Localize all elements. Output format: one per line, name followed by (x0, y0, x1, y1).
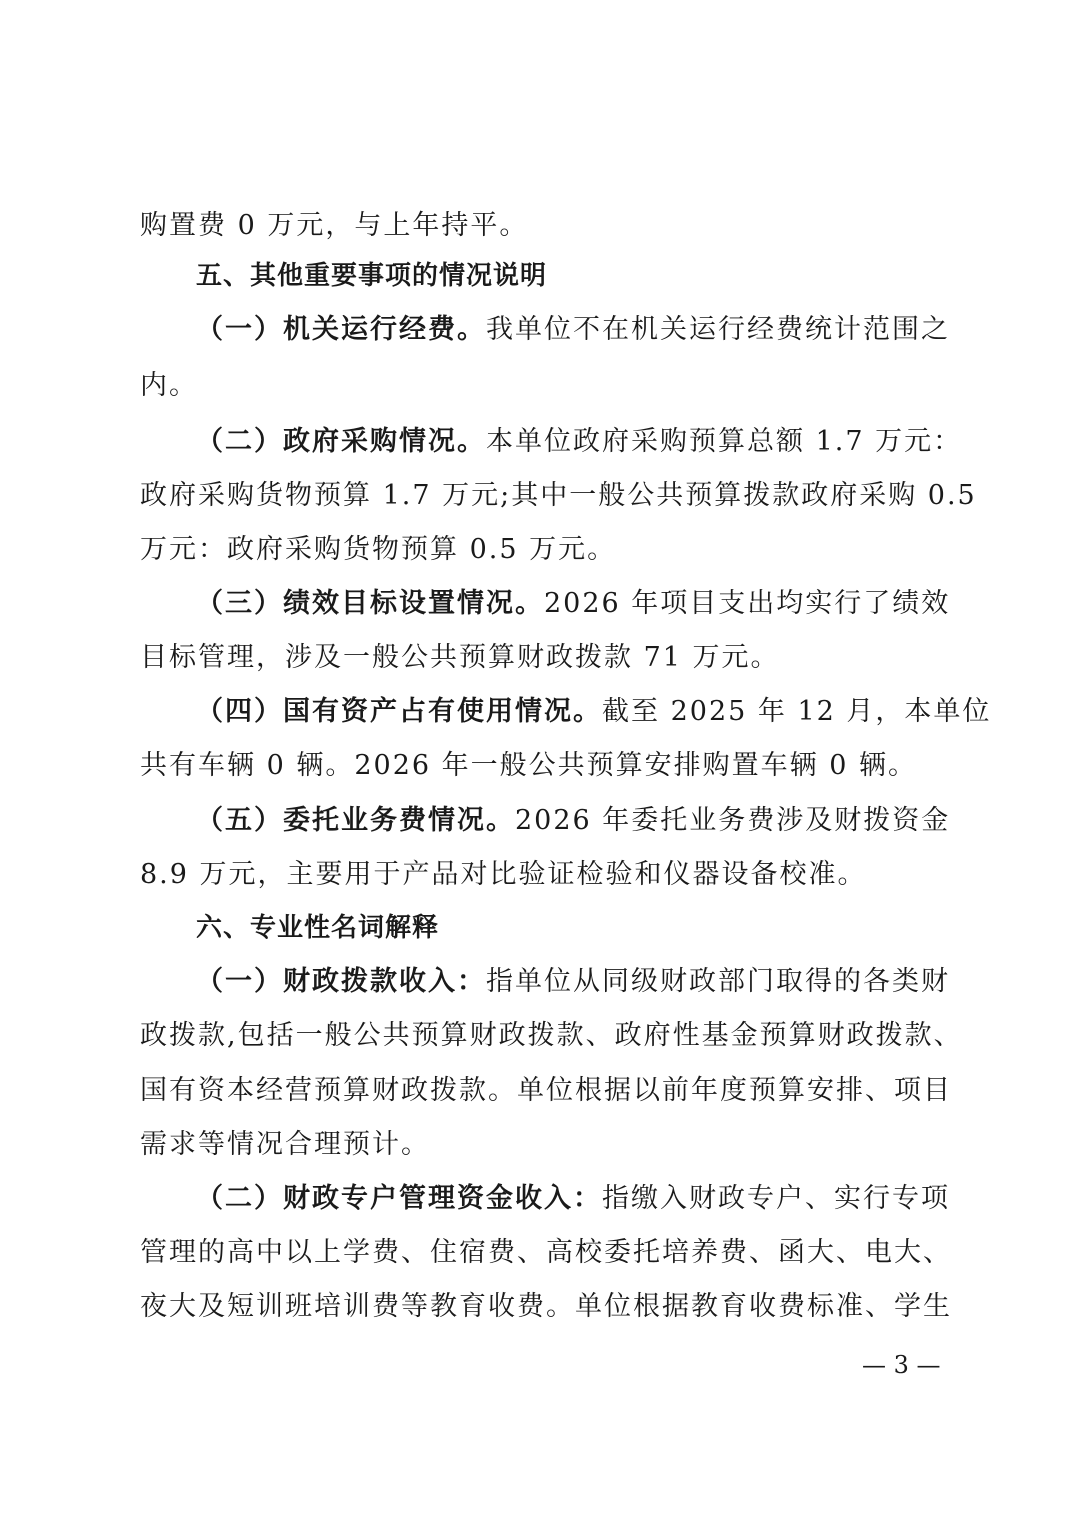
item-title: 财政拨款收入： (283, 966, 486, 997)
item-text: 指缴入财政专户、实行专项 (602, 1183, 950, 1214)
item-label: （二） (196, 1183, 283, 1214)
paragraph-line: 共有车辆 0 辆。2026 年一般公共预算安排购置车辆 0 辆。 (140, 748, 940, 784)
paragraph-line: 政府采购货物预算 1.7 万元;其中一般公共预算拨款政府采购 0.5 (140, 478, 940, 514)
item-heading-line: （四）国有资产占有使用情况。截至 2025 年 12 月，本单位 (196, 694, 940, 730)
item-label: （四） (196, 696, 283, 727)
item-title: 绩效目标设置情况。 (283, 588, 544, 619)
item-title: 国有资产占有使用情况。 (283, 696, 602, 727)
item-text: 指单位从同级财政部门取得的各类财 (486, 966, 950, 997)
item-text: 我单位不在机关运行经费统计范围之 (486, 314, 950, 345)
item-heading-line: （三）绩效目标设置情况。2026 年项目支出均实行了绩效 (196, 586, 940, 622)
paragraph-line: 8.9 万元，主要用于产品对比验证检验和仪器设备校准。 (140, 857, 940, 893)
item-text: 截至 2025 年 12 月，本单位 (602, 696, 991, 727)
page-number: — 3 — (862, 1350, 941, 1380)
paragraph-line: 目标管理，涉及一般公共预算财政拨款 71 万元。 (140, 640, 940, 676)
item-title: 委托业务费情况。 (283, 805, 515, 836)
item-heading-line: （二）政府采购情况。本单位政府采购预算总额 1.7 万元： (196, 424, 940, 460)
item-label: （二） (196, 426, 283, 457)
item-heading-line: （五）委托业务费情况。2026 年委托业务费涉及财拨资金 (196, 803, 940, 839)
item-heading-line: （一）机关运行经费。我单位不在机关运行经费统计范围之 (196, 312, 940, 348)
paragraph-line: 购置费 0 万元，与上年持平。 (140, 208, 940, 244)
item-heading-line: （一）财政拨款收入：指单位从同级财政部门取得的各类财 (196, 964, 940, 1000)
item-title: 财政专户管理资金收入： (283, 1183, 602, 1214)
item-label: （五） (196, 805, 283, 836)
item-title: 政府采购情况。 (283, 426, 486, 457)
document-page: 购置费 0 万元，与上年持平。 五、其他重要事项的情况说明 （一）机关运行经费。… (0, 0, 1074, 1520)
item-label: （一） (196, 314, 283, 345)
paragraph-line: 国有资本经营预算财政拨款。单位根据以前年度预算安排、项目 (140, 1073, 940, 1109)
paragraph-line: 政拨款,包括一般公共预算财政拨款、政府性基金预算财政拨款、 (140, 1018, 940, 1054)
section-heading-6: 六、专业性名词解释 (196, 910, 439, 946)
item-text: 2026 年委托业务费涉及财拨资金 (515, 805, 950, 836)
item-label: （三） (196, 588, 283, 619)
paragraph-line: 需求等情况合理预计。 (140, 1127, 940, 1163)
item-text: 2026 年项目支出均实行了绩效 (544, 588, 950, 619)
item-heading-line: （二）财政专户管理资金收入：指缴入财政专户、实行专项 (196, 1181, 940, 1217)
paragraph-line: 管理的高中以上学费、住宿费、高校委托培养费、函大、电大、 (140, 1235, 940, 1271)
item-title: 机关运行经费。 (283, 314, 486, 345)
paragraph-line: 万元：政府采购货物预算 0.5 万元。 (140, 532, 940, 568)
section-heading-5: 五、其他重要事项的情况说明 (196, 258, 547, 294)
paragraph-line: 夜大及短训班培训费等教育收费。单位根据教育收费标准、学生 (140, 1289, 940, 1325)
paragraph-line: 内。 (140, 368, 940, 404)
item-label: （一） (196, 966, 283, 997)
item-text: 本单位政府采购预算总额 1.7 万元： (486, 426, 962, 457)
